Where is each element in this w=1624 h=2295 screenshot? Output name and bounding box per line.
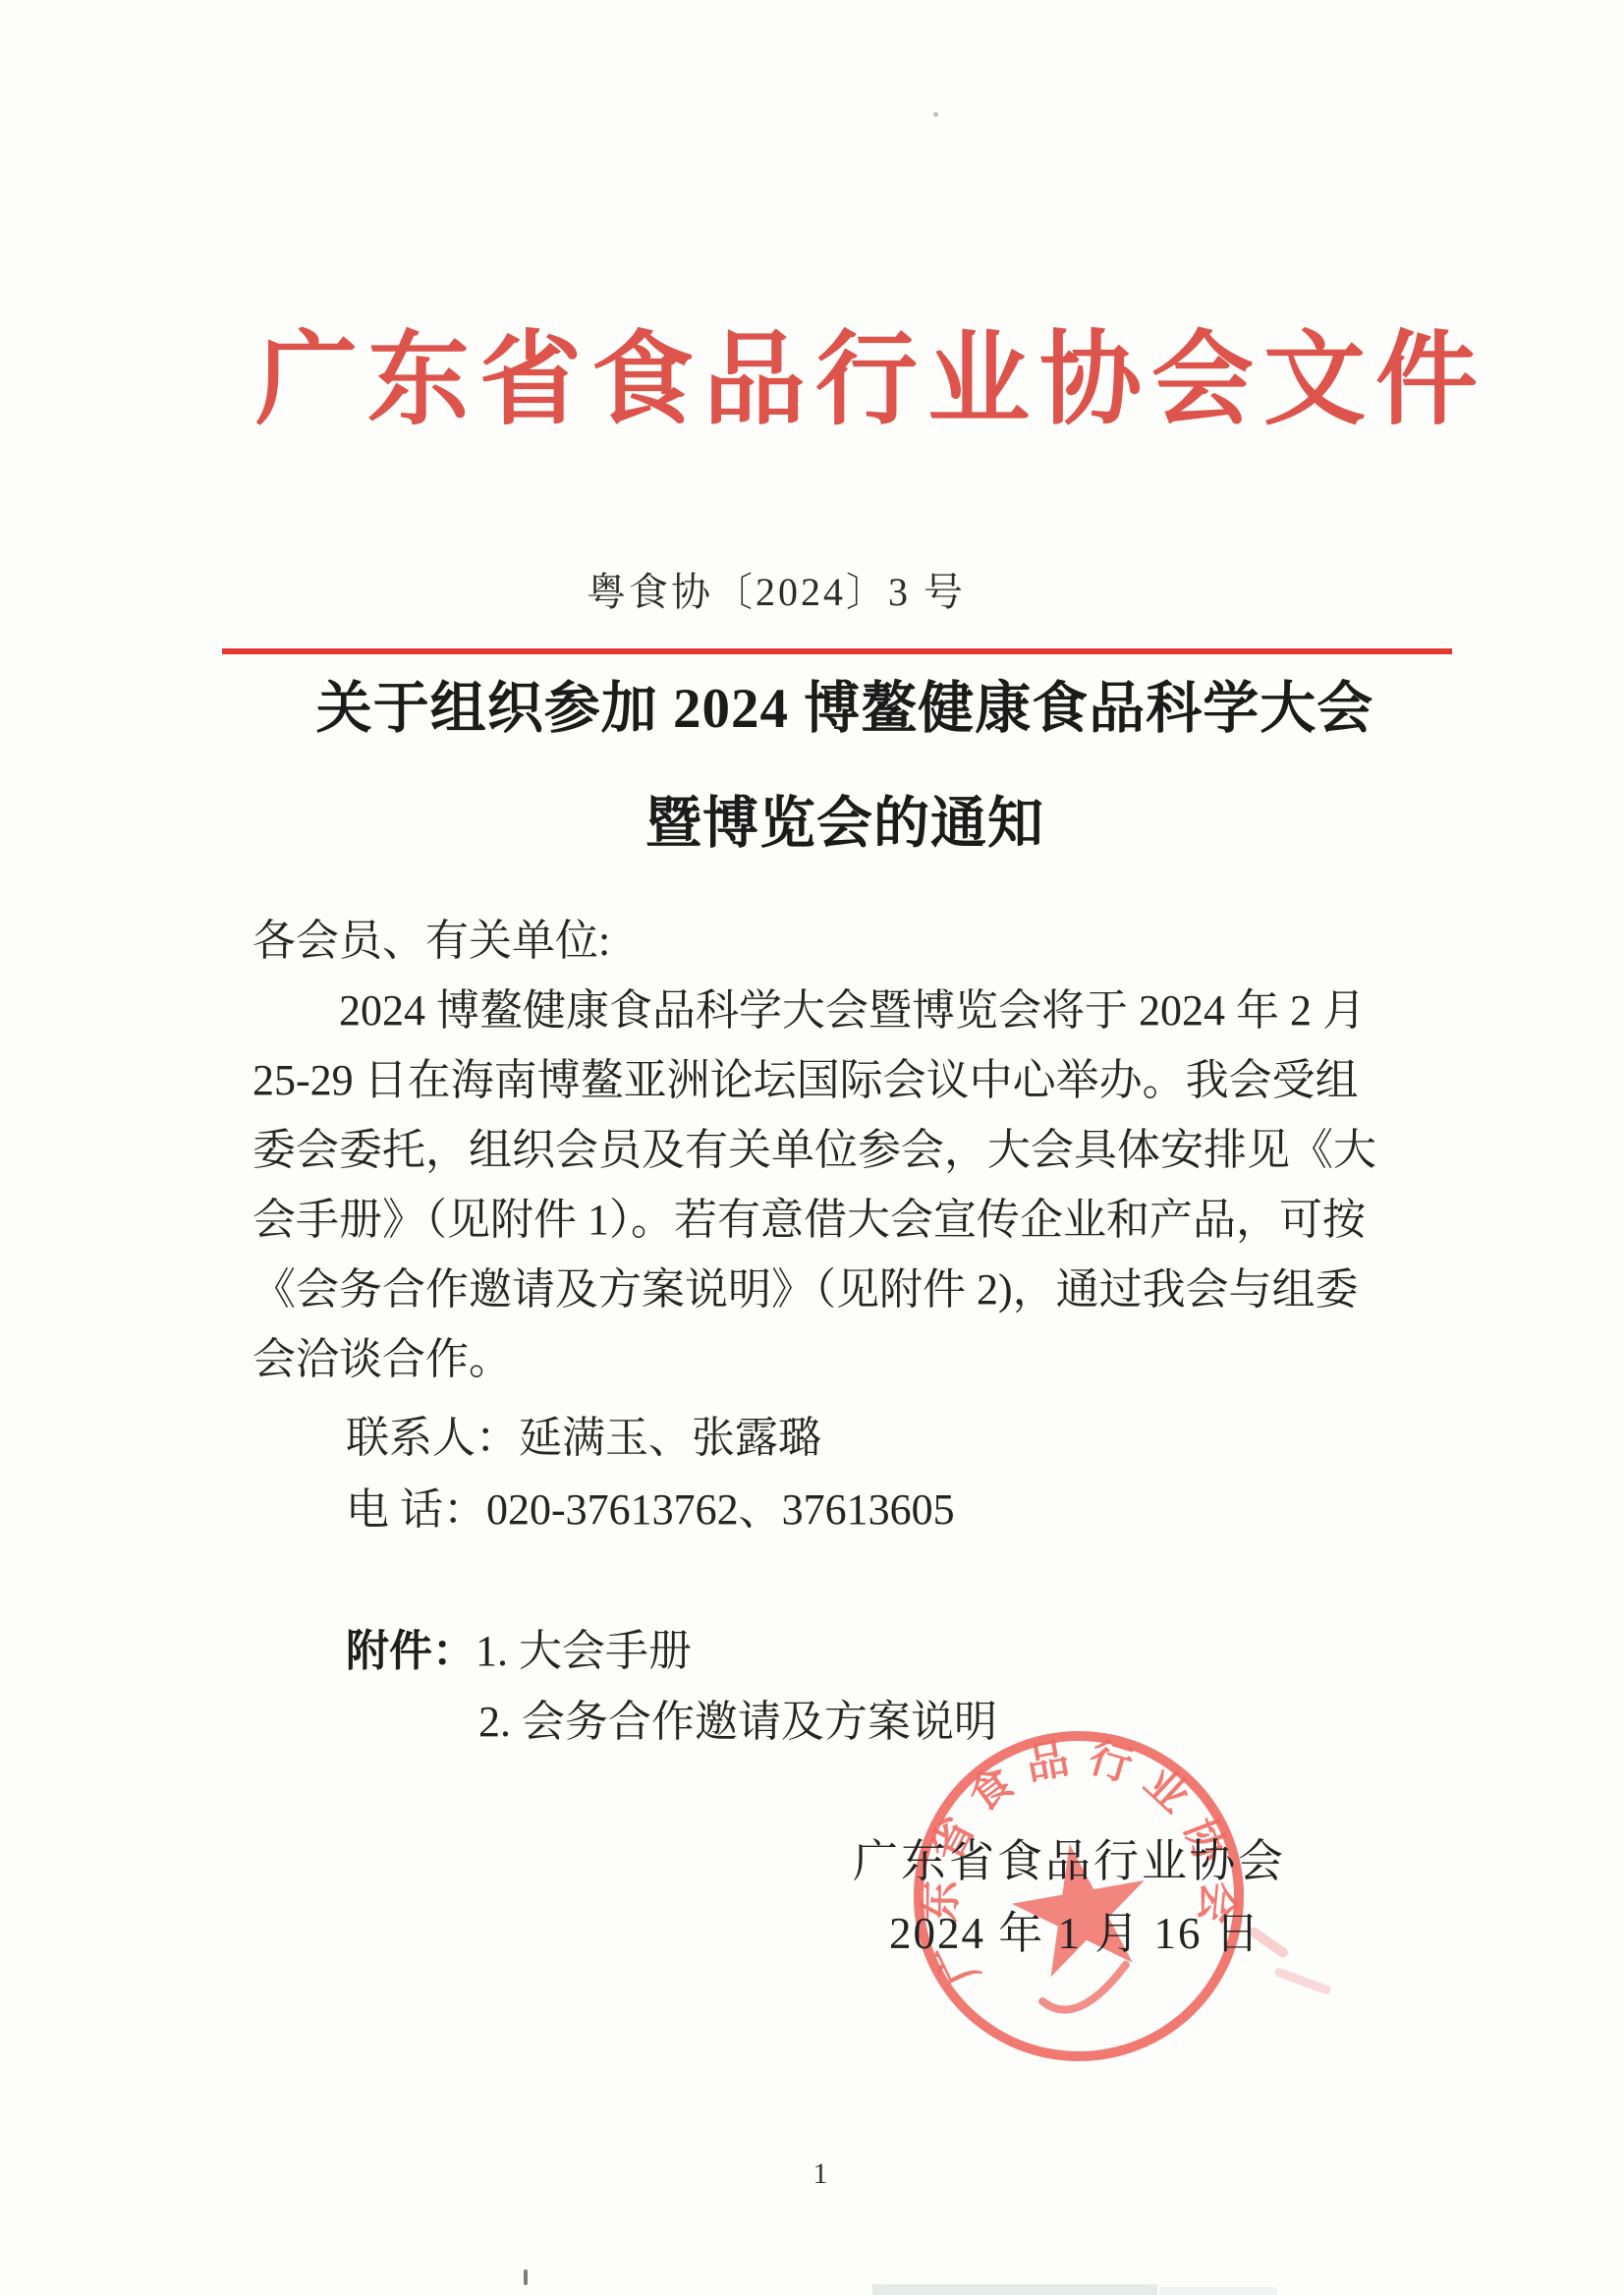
page-number: 1: [0, 2159, 1624, 2189]
body-paragraph: 2024 博鳌健康食品科学大会暨博览会将于 2024 年 2 月25-29 日在…: [252, 976, 1412, 1394]
attachment-label: 附件：: [346, 1627, 476, 1675]
attachment-line-2: 2. 会务合作邀请及方案说明: [252, 1687, 1412, 1758]
scan-speck: [933, 112, 938, 117]
seal-ink-smudge: [1273, 1967, 1331, 1995]
document-title-line2: 暨博览会的通知: [255, 766, 1434, 881]
contact-phone-line: 电 话：020-37613762、37613605: [252, 1474, 1412, 1545]
letterhead-org-title: 广东省食品行业协会文件: [255, 330, 1434, 432]
body-line: 委会委托，组织会员及有关单位参会，大会具体安排见《大: [252, 1115, 1412, 1185]
body-text: 各会员、有关单位: 2024 博鳌健康食品科学大会暨博览会将于 2024 年 2…: [252, 906, 1412, 1394]
attachments: 附件：1. 大会手册 2. 会务合作邀请及方案说明: [252, 1616, 1412, 1758]
document-title-line1: 关于组织参加 2024 博鳌健康食品科学大会: [255, 651, 1434, 766]
signature-org-name: 广东省食品行业协会: [853, 1839, 1286, 1884]
body-line: 会洽谈合作。: [252, 1324, 1412, 1394]
attachment-line-1: 附件：1. 大会手册: [252, 1616, 1412, 1687]
document-page: 广东省食品行业协会文件 粤食协〔2024〕3 号 关于组织参加 2024 博鳌健…: [0, 0, 1624, 2295]
contact-person-value: 延满玉、张露璐: [519, 1414, 821, 1462]
contact-phone-value: 020-37613762、37613605: [486, 1485, 955, 1534]
contact-info: 联系人：延满玉、张露璐 电 话：020-37613762、37613605: [252, 1402, 1412, 1545]
scan-edge-artifact: [1159, 2287, 1277, 2295]
body-line: 2024 博鳌健康食品科学大会暨博览会将于 2024 年 2 月: [252, 976, 1412, 1045]
contact-person-label: 联系人：: [346, 1414, 519, 1462]
official-seal: 广东省食品行业协会: [868, 1686, 1290, 2107]
signature-date: 2024 年 1 月 16 日: [889, 1912, 1261, 1956]
contact-phone-label: 电 话：: [346, 1485, 486, 1534]
scan-edge-artifact: [872, 2284, 1157, 2295]
document-title: 关于组织参加 2024 博鳌健康食品科学大会 暨博览会的通知: [255, 651, 1434, 881]
contact-person-line: 联系人：延满玉、张露璐: [252, 1402, 1412, 1474]
scan-speck: [524, 2269, 528, 2285]
attachment-item-1: 1. 大会手册: [476, 1627, 692, 1675]
document-number: 粤食协〔2024〕3 号: [128, 573, 1425, 612]
body-line: 《会务合作邀请及方案说明》（见附件 2)，通过我会与组委: [252, 1255, 1412, 1324]
body-line: 会手册》（见附件 1）。若有意借大会宣传企业和产品，可按: [252, 1185, 1412, 1255]
body-line: 25-29 日在海南博鳌亚洲论坛国际会议中心举办。我会受组: [252, 1045, 1412, 1115]
salutation: 各会员、有关单位:: [252, 906, 1412, 976]
